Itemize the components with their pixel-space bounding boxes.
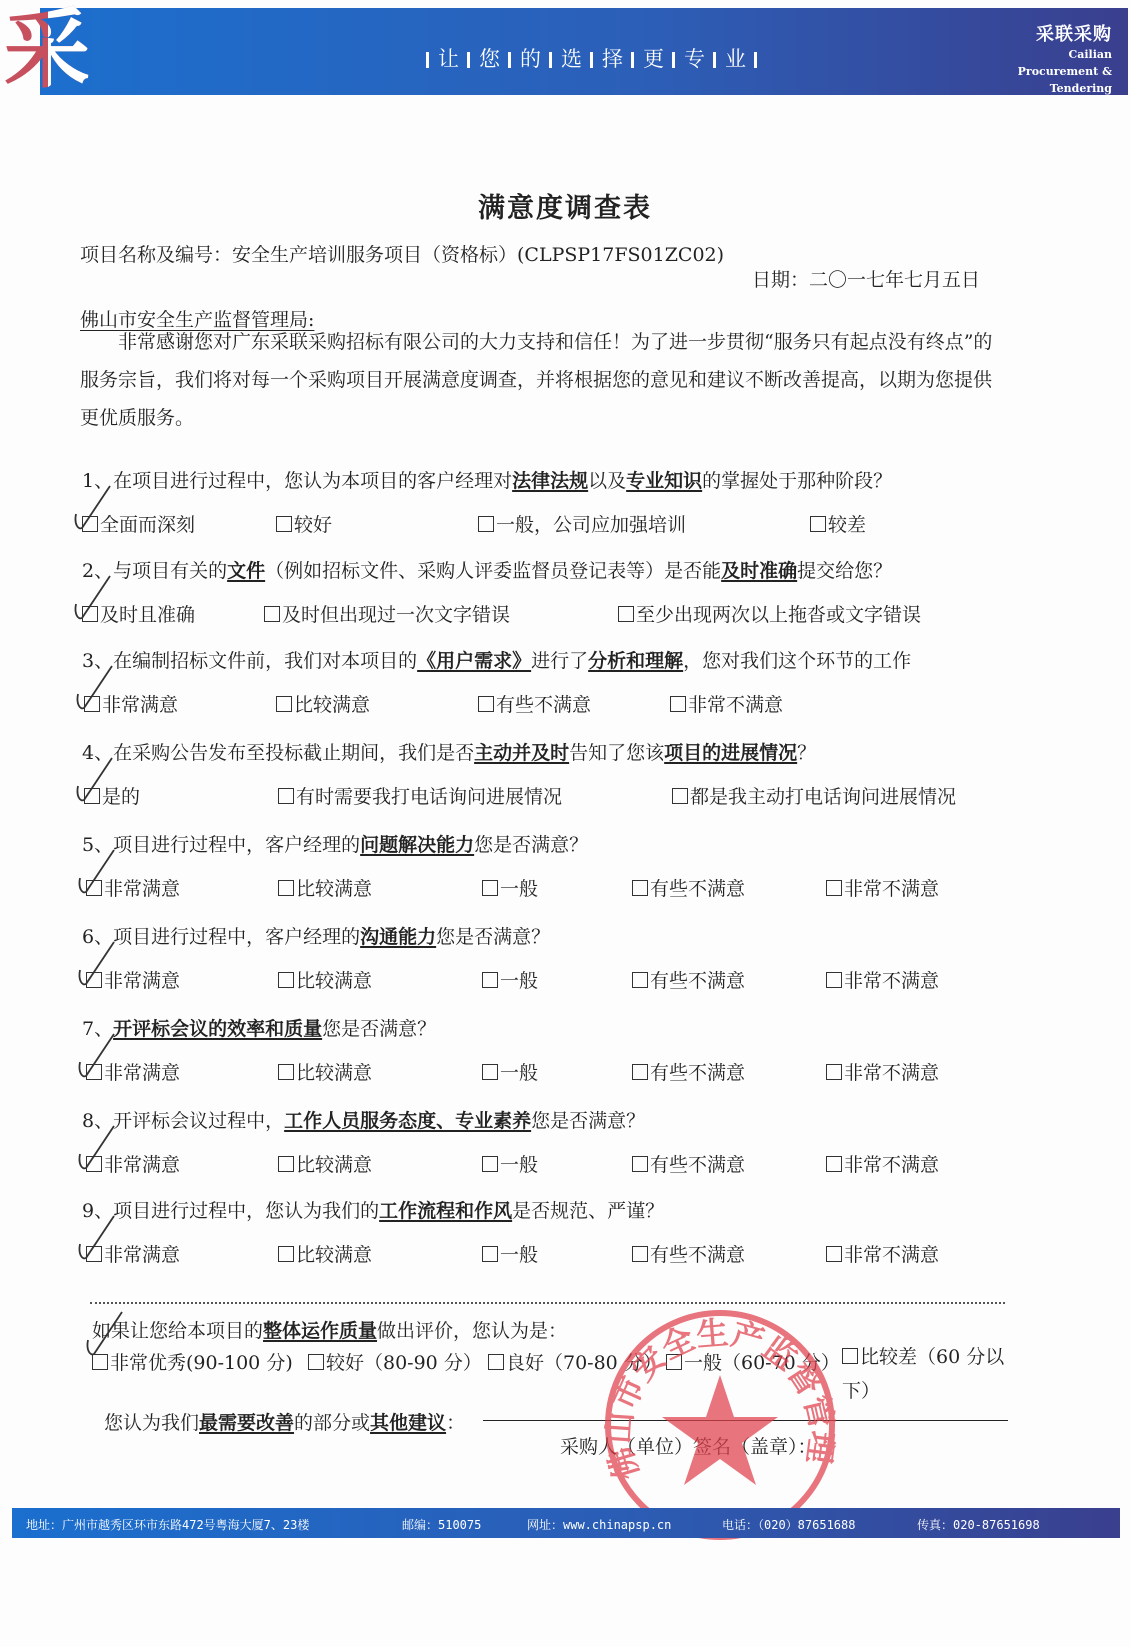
brand-name-cn: 采联采购 <box>1018 20 1112 46</box>
option-label: 较好 <box>294 514 332 536</box>
option-label: 都是我主动打电话询问进展情况 <box>690 786 956 808</box>
checkbox[interactable] <box>478 696 494 712</box>
question-4-option[interactable]: 都是我主动打电话询问进展情况 <box>672 782 956 809</box>
emphasis-text: 《用户需求》 <box>417 650 531 672</box>
footer-address: 地址：广州市越秀区环市东路472号粤海大厦7、23楼 <box>26 1516 309 1533</box>
question-3-option[interactable]: 非常不满意 <box>670 690 783 717</box>
text: 进行了 <box>531 650 588 672</box>
option-label: 是的 <box>102 786 140 808</box>
option-label: 非常满意 <box>102 694 178 716</box>
question-5: 5、项目进行过程中，客户经理的问题解决能力您是否满意？ <box>82 830 588 857</box>
question-1-option[interactable]: 全面而深刻 <box>82 510 195 537</box>
project-label: 项目名称及编号： <box>80 244 232 266</box>
question-8: 8、开评标会议过程中，工作人员服务态度、专业素养您是否满意？ <box>82 1106 645 1133</box>
checkbox[interactable] <box>278 788 294 804</box>
option-label: 有些不满意 <box>650 1062 745 1084</box>
header-banner: 让您的选择更专业 采联采购 Cailian Procurement & Tend… <box>40 8 1128 95</box>
slogan-separator <box>467 52 470 68</box>
option-label: 有些不满意 <box>650 878 745 900</box>
brand-block: 采联采购 Cailian Procurement & Tendering <box>1018 20 1112 97</box>
date-value: 二〇一七年七月五日 <box>809 269 980 291</box>
section-divider <box>90 1302 1005 1304</box>
checkbox[interactable] <box>632 880 648 896</box>
emphasis-text: 主动并及时 <box>474 742 569 764</box>
question-1: 1、在项目进行过程中，您认为本项目的客户经理对法律法规以及专业知识的掌握处于那种… <box>82 466 892 493</box>
question-5-option[interactable]: 非常满意 <box>86 874 180 901</box>
option-label: 有些不满意 <box>650 1154 745 1176</box>
question-9-option[interactable]: 非常不满意 <box>826 1240 939 1267</box>
text: 与项目有关的 <box>113 560 227 582</box>
option-label: 非常优秀(90-100 分) <box>110 1352 293 1374</box>
option-label: 非常不满意 <box>844 878 939 900</box>
checkbox[interactable] <box>842 1348 858 1364</box>
text: 以及 <box>588 470 626 492</box>
question-number: 5、 <box>82 834 113 856</box>
slogan-char: 更 <box>643 47 666 71</box>
checkbox[interactable] <box>826 1064 842 1080</box>
checkbox[interactable] <box>86 972 102 988</box>
option-label: 比较差（60 分以下） <box>842 1346 1004 1402</box>
checkbox[interactable] <box>482 972 498 988</box>
slogan-char: 让 <box>438 47 461 71</box>
checkbox[interactable] <box>666 1354 682 1370</box>
option-label: 比较满意 <box>296 1244 372 1266</box>
option-label: 有时需要我打电话询问进展情况 <box>296 786 562 808</box>
overall-option[interactable]: 非常优秀(90-100 分) <box>92 1348 293 1375</box>
text: 提交给您？ <box>797 560 892 582</box>
emphasis-text: 项目的进展情况 <box>664 742 797 764</box>
checkbox[interactable] <box>278 1064 294 1080</box>
overall-prompt: 如果让您给本项目的整体运作质量做出评价，您认为是： <box>92 1316 567 1343</box>
checkbox[interactable] <box>278 1246 294 1262</box>
text: ，您对我们这个环节的工作 <box>683 650 911 672</box>
question-number: 2、 <box>82 560 113 582</box>
question-4-option[interactable]: 有时需要我打电话询问进展情况 <box>278 782 562 809</box>
footer-website[interactable]: 网址：www.chinapsp.cn <box>527 1516 671 1533</box>
question-2-option[interactable]: 及时且准确 <box>82 600 195 627</box>
option-label: 非常满意 <box>104 878 180 900</box>
question-4-option[interactable]: 是的 <box>84 782 140 809</box>
question-2: 2、与项目有关的文件（例如招标文件、采购人评委监督员登记表等）是否能及时准确提交… <box>82 556 892 583</box>
checkbox[interactable] <box>826 972 842 988</box>
question-8-option[interactable]: 有些不满意 <box>632 1150 745 1177</box>
option-label: 及时且准确 <box>100 604 195 626</box>
option-label: 较差 <box>828 514 866 536</box>
text: 如果让您给本项目的 <box>92 1320 263 1342</box>
question-1-option[interactable]: 较好 <box>276 510 332 537</box>
text: （例如招标文件、采购人评委监督员登记表等）是否能 <box>265 560 721 582</box>
slogan-separator <box>426 52 429 68</box>
question-number: 4、 <box>82 742 113 764</box>
company-logo: 采 采 <box>4 2 94 98</box>
slogan-char: 您 <box>479 47 502 71</box>
overall-option[interactable]: 良好（70-80 分） <box>488 1348 662 1375</box>
text: 您是否满意？ <box>474 834 588 856</box>
question-9: 9、项目进行过程中，您认为我们的工作流程和作风是否规范、严谨？ <box>82 1196 664 1223</box>
slogan-separator <box>549 52 552 68</box>
text: 您是否满意？ <box>531 1110 645 1132</box>
question-8-option[interactable]: 比较满意 <box>278 1150 372 1177</box>
checkbox[interactable] <box>278 1156 294 1172</box>
checkbox[interactable] <box>632 1064 648 1080</box>
checkbox[interactable] <box>482 1156 498 1172</box>
option-label: 一般 <box>500 1154 538 1176</box>
question-8-option[interactable]: 一般 <box>482 1150 538 1177</box>
checkbox[interactable] <box>618 606 634 622</box>
checkbox[interactable] <box>264 606 280 622</box>
text: 是否规范、严谨？ <box>512 1200 664 1222</box>
checkbox[interactable] <box>82 516 98 532</box>
option-label: 良好（70-80 分） <box>506 1352 662 1374</box>
checkbox[interactable] <box>86 1246 102 1262</box>
option-label: 比较满意 <box>296 1154 372 1176</box>
signature-label: 采购人（单位）签名（盖章）： <box>560 1432 817 1459</box>
question-3-option[interactable]: 非常满意 <box>84 690 178 717</box>
option-label: 非常不满意 <box>688 694 783 716</box>
option-label: 非常不满意 <box>844 1244 939 1266</box>
option-label: 比较满意 <box>296 878 372 900</box>
option-label: 较好（80-90 分） <box>326 1352 482 1374</box>
question-2-option[interactable]: 及时但出现过一次文字错误 <box>264 600 510 627</box>
question-3: 3、在编制招标文件前，我们对本项目的《用户需求》进行了分析和理解，您对我们这个环… <box>82 646 911 673</box>
checkbox[interactable] <box>86 880 102 896</box>
option-label: 一般 <box>500 970 538 992</box>
checkbox[interactable] <box>810 516 826 532</box>
checkbox[interactable] <box>92 1354 108 1370</box>
checkbox[interactable] <box>826 880 842 896</box>
question-8-option[interactable]: 非常满意 <box>86 1150 180 1177</box>
emphasis-text: 开评标会议的效率和质量 <box>113 1018 322 1040</box>
checkbox[interactable] <box>482 880 498 896</box>
footer-postcode: 邮编：510075 <box>402 1516 481 1533</box>
question-5-option[interactable]: 一般 <box>482 874 538 901</box>
option-label: 比较满意 <box>296 1062 372 1084</box>
overall-option[interactable]: 一般（60-70 分） <box>666 1348 840 1375</box>
option-label: 非常不满意 <box>844 1154 939 1176</box>
brand-name-en-2: Procurement & <box>1018 63 1112 80</box>
question-6-option[interactable]: 非常满意 <box>86 966 180 993</box>
suggestion-prompt: 您认为我们最需要改善的部分或其他建议： <box>104 1408 465 1435</box>
question-9-option[interactable]: 一般 <box>482 1240 538 1267</box>
overall-option[interactable]: 较好（80-90 分） <box>308 1348 482 1375</box>
text: 在编制招标文件前，我们对本项目的 <box>113 650 417 672</box>
option-label: 有些不满意 <box>650 970 745 992</box>
text: 的掌握处于那种阶段？ <box>702 470 892 492</box>
slogan-separator <box>508 52 511 68</box>
emphasis-text: 及时准确 <box>721 560 797 582</box>
question-number: 7、 <box>82 1018 113 1040</box>
text: 项目进行过程中，客户经理的 <box>113 926 360 948</box>
text: 开评标会议过程中， <box>113 1110 284 1132</box>
question-6-option[interactable]: 比较满意 <box>278 966 372 993</box>
text: ？ <box>797 742 816 764</box>
date-line: 日期：二〇一七年七月五日 <box>752 265 980 292</box>
question-number: 9、 <box>82 1200 113 1222</box>
text: 项目进行过程中，客户经理的 <box>113 834 360 856</box>
option-label: 非常不满意 <box>844 1062 939 1084</box>
option-label: 比较满意 <box>294 694 370 716</box>
question-number: 1、 <box>82 470 113 492</box>
slogan: 让您的选择更专业 <box>420 43 766 73</box>
question-number: 8、 <box>82 1110 113 1132</box>
checkbox[interactable] <box>84 696 100 712</box>
question-9-option[interactable]: 比较满意 <box>278 1240 372 1267</box>
checkbox[interactable] <box>488 1354 504 1370</box>
text: 在项目进行过程中，您认为本项目的客户经理对 <box>113 470 512 492</box>
option-label: 有些不满意 <box>496 694 591 716</box>
checkbox[interactable] <box>632 1246 648 1262</box>
brand-name-en-1: Cailian <box>1018 46 1112 63</box>
footer-fax: 传真：020-87651698 <box>917 1516 1040 1533</box>
checkbox[interactable] <box>672 788 688 804</box>
date-label: 日期： <box>752 269 809 291</box>
page-title: 满意度调查表 <box>0 186 1130 225</box>
text: 您是否满意？ <box>436 926 550 948</box>
option-label: 至少出现两次以上拖沓或文字错误 <box>636 604 921 626</box>
option-label: 一般 <box>500 1244 538 1266</box>
slogan-char: 的 <box>520 47 543 71</box>
emphasis-text: 工作人员服务态度、专业素养 <box>284 1110 531 1132</box>
checkbox[interactable] <box>826 1156 842 1172</box>
text: 做出评价，您认为是： <box>377 1320 567 1342</box>
question-7-option[interactable]: 非常不满意 <box>826 1058 939 1085</box>
checkbox[interactable] <box>478 516 494 532</box>
option-label: 一般 <box>500 1062 538 1084</box>
text: 您认为我们 <box>104 1412 199 1434</box>
question-7-option[interactable]: 有些不满意 <box>632 1058 745 1085</box>
question-9-option[interactable]: 有些不满意 <box>632 1240 745 1267</box>
option-label: 比较满意 <box>296 970 372 992</box>
question-7-option[interactable]: 一般 <box>482 1058 538 1085</box>
emphasis-text: 沟通能力 <box>360 926 436 948</box>
footer-phone: 电话：（020）87651688 <box>722 1516 855 1533</box>
suggestion-input-line[interactable] <box>483 1420 1008 1421</box>
project-value: 安全生产培训服务项目（资格标）(CLPSP17FS01ZC02) <box>232 244 724 266</box>
question-1-option[interactable]: 一般，公司应加强培训 <box>478 510 686 537</box>
checkbox[interactable] <box>276 696 292 712</box>
question-2-option[interactable]: 至少出现两次以上拖沓或文字错误 <box>618 600 921 627</box>
question-number: 3、 <box>82 650 113 672</box>
option-label: 非常满意 <box>104 1154 180 1176</box>
text: 的部分或 <box>294 1412 370 1434</box>
slogan-separator <box>713 52 716 68</box>
option-label: 及时但出现过一次文字错误 <box>282 604 510 626</box>
checkbox[interactable] <box>84 788 100 804</box>
option-label: 全面而深刻 <box>100 514 195 536</box>
slogan-char: 选 <box>561 47 584 71</box>
question-3-option[interactable]: 比较满意 <box>276 690 370 717</box>
slogan-separator <box>672 52 675 68</box>
question-6-option[interactable]: 有些不满意 <box>632 966 745 993</box>
project-line: 项目名称及编号：安全生产培训服务项目（资格标）(CLPSP17FS01ZC02) <box>80 240 724 267</box>
checkbox[interactable] <box>82 606 98 622</box>
checkbox[interactable] <box>86 1064 102 1080</box>
question-5-option[interactable]: 比较满意 <box>278 874 372 901</box>
option-label: 有些不满意 <box>650 1244 745 1266</box>
question-5-option[interactable]: 有些不满意 <box>632 874 745 901</box>
question-4: 4、在采购公告发布至投标截止期间，我们是否主动并及时告知了您该项目的进展情况？ <box>82 738 816 765</box>
checkbox[interactable] <box>308 1354 324 1370</box>
question-6-option[interactable]: 非常不满意 <box>826 966 939 993</box>
emphasis-text: 文件 <box>227 560 265 582</box>
question-9-option[interactable]: 非常满意 <box>86 1240 180 1267</box>
checkbox[interactable] <box>482 1064 498 1080</box>
text: 在采购公告发布至投标截止期间，我们是否 <box>113 742 474 764</box>
checkbox[interactable] <box>670 696 686 712</box>
emphasis-text: 法律法规 <box>512 470 588 492</box>
question-7-option[interactable]: 非常满意 <box>86 1058 180 1085</box>
checkbox[interactable] <box>482 1246 498 1262</box>
question-number: 6、 <box>82 926 113 948</box>
option-label: 非常满意 <box>104 1062 180 1084</box>
question-6-option[interactable]: 一般 <box>482 966 538 993</box>
checkbox[interactable] <box>86 1156 102 1172</box>
text: ： <box>446 1412 465 1434</box>
checkbox[interactable] <box>826 1246 842 1262</box>
question-1-option[interactable]: 较差 <box>810 510 866 537</box>
slogan-char: 专 <box>684 47 707 71</box>
slogan-separator <box>631 52 634 68</box>
option-label: 非常满意 <box>104 970 180 992</box>
text: 您是否满意？ <box>322 1018 436 1040</box>
option-label: 一般 <box>500 878 538 900</box>
question-7-option[interactable]: 比较满意 <box>278 1058 372 1085</box>
question-7: 7、开评标会议的效率和质量您是否满意？ <box>82 1014 436 1041</box>
emphasis-text: 工作流程和作风 <box>379 1200 512 1222</box>
checkbox[interactable] <box>278 880 294 896</box>
question-6: 6、项目进行过程中，客户经理的沟通能力您是否满意？ <box>82 922 550 949</box>
slogan-separator <box>590 52 593 68</box>
emphasis-text: 问题解决能力 <box>360 834 474 856</box>
question-8-option[interactable]: 非常不满意 <box>826 1150 939 1177</box>
emphasis-text: 其他建议 <box>370 1412 446 1434</box>
text: 项目进行过程中，您认为我们的 <box>113 1200 379 1222</box>
overall-option[interactable]: 比较差（60 分以下） <box>842 1340 1012 1408</box>
emphasis-text: 最需要改善 <box>199 1412 294 1434</box>
option-label: 一般（60-70 分） <box>684 1352 840 1374</box>
checkbox[interactable] <box>632 1156 648 1172</box>
option-label: 非常不满意 <box>844 970 939 992</box>
text: 告知了您该 <box>569 742 664 764</box>
question-5-option[interactable]: 非常不满意 <box>826 874 939 901</box>
question-3-option[interactable]: 有些不满意 <box>478 690 591 717</box>
emphasis-text: 整体运作质量 <box>263 1320 377 1342</box>
checkbox[interactable] <box>278 972 294 988</box>
option-label: 一般，公司应加强培训 <box>496 514 686 536</box>
emphasis-text: 专业知识 <box>626 470 702 492</box>
intro-paragraph: 非常感谢您对广东采联采购招标有限公司的大力支持和信任！为了进一步贯彻“服务只有起… <box>80 323 1000 437</box>
option-label: 非常满意 <box>104 1244 180 1266</box>
checkbox[interactable] <box>632 972 648 988</box>
slogan-separator <box>754 52 757 68</box>
slogan-char: 择 <box>602 47 625 71</box>
emphasis-text: 分析和理解 <box>588 650 683 672</box>
brand-name-en-3: Tendering <box>1018 80 1112 97</box>
checkbox[interactable] <box>276 516 292 532</box>
slogan-char: 业 <box>725 47 748 71</box>
footer-bar: 地址：广州市越秀区环市东路472号粤海大厦7、23楼 邮编：510075 网址：… <box>12 1508 1120 1538</box>
